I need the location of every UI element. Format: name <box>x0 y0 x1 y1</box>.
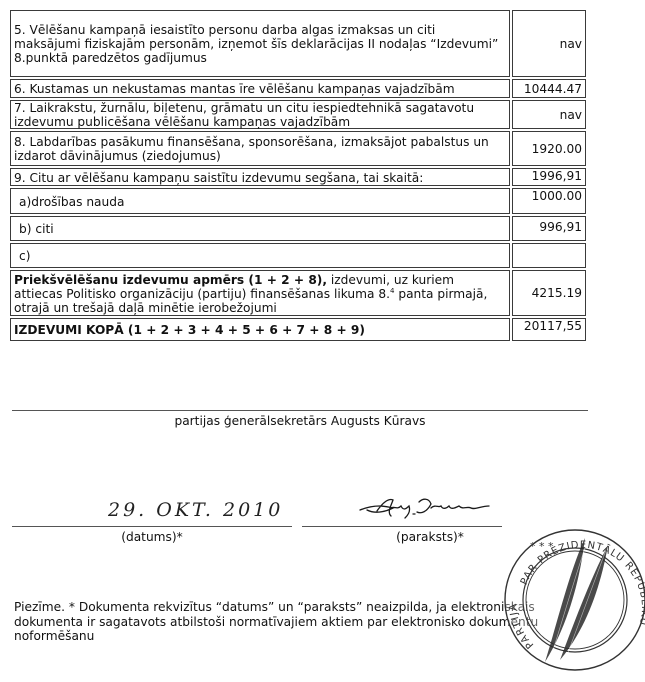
table-row-5-label: 5. Vēlēšanu kampaņā iesaistīto personu d… <box>10 10 510 77</box>
row-label: a)drošības nauda <box>19 195 124 209</box>
table-row-total-value: 20117,55 <box>512 318 586 341</box>
footnote: Piezīme. * Dokumenta rekvizītus “datums”… <box>14 600 574 644</box>
row-value: nav <box>560 37 582 51</box>
row-value: 4215.19 <box>532 286 582 300</box>
table-row-total-label: IZDEVUMI KOPĀ (1 + 2 + 3 + 4 + 5 + 6 + 7… <box>10 318 510 341</box>
signatory-line <box>12 410 588 411</box>
table-row-b-label: b) citi <box>10 216 510 241</box>
signature-handwritten <box>355 494 500 522</box>
table-row-c-label: c) <box>10 243 510 268</box>
stamp-seal-icon: PAR PREZIDENTĀLU REPUBLIKU PARTIJA * * * <box>500 510 645 680</box>
row-label: b) citi <box>19 222 54 236</box>
row-label: 6. Kustamas un nekustamas mantas īre vēl… <box>14 82 455 96</box>
table-row-8-label: 8. Labdarības pasākumu finansēšana, spon… <box>10 131 510 166</box>
table-row-c-value <box>512 243 586 268</box>
date-line <box>12 526 292 527</box>
table-row-pre-election-label: Priekšvēlēšanu izdevumu apmērs (1 + 2 + … <box>10 270 510 316</box>
table-row-7-value: nav <box>512 100 586 129</box>
table-row-a-value: 1000.00 <box>512 188 586 214</box>
signatory-title: partijas ģenerālsekretārs Augusts Kūravs <box>12 414 588 428</box>
signature-line <box>302 526 502 527</box>
row-value: nav <box>560 108 582 122</box>
signature-scribble-icon <box>355 494 500 522</box>
signature-caption: (paraksts)* <box>345 530 515 544</box>
table-row-9-value: 1996,91 <box>512 168 586 186</box>
party-stamp: PAR PREZIDENTĀLU REPUBLIKU PARTIJA * * * <box>500 510 645 680</box>
row-value: 1920.00 <box>532 142 582 156</box>
row-value: 10444.47 <box>524 82 582 96</box>
total-value: 20117,55 <box>524 319 582 333</box>
row-label: 9. Citu ar vēlēšanu kampaņu saistītu izd… <box>14 171 423 185</box>
total-label: IZDEVUMI KOPĀ (1 + 2 + 3 + 4 + 5 + 6 + 7… <box>14 323 365 337</box>
pre-election-label-bold: Priekšvēlēšanu izdevumu apmērs (1 + 2 + … <box>14 273 327 287</box>
row-value: 1000.00 <box>532 189 582 203</box>
table-row-7-label: 7. Laikrakstu, žurnālu, biļetenu, grāmat… <box>10 100 510 129</box>
row-label: 5. Vēlēšanu kampaņā iesaistīto personu d… <box>14 23 505 65</box>
table-row-5-value: nav <box>512 10 586 77</box>
table-row-a-label: a)drošības nauda <box>10 188 510 214</box>
row-label: c) <box>19 249 30 263</box>
table-row-6-value: 10444.47 <box>512 79 586 98</box>
table-row-pre-election-value: 4215.19 <box>512 270 586 316</box>
date-handwritten: 29. OKT. 2010 <box>108 499 283 521</box>
svg-text:* * *: * * * <box>530 540 554 553</box>
row-label: 7. Laikrakstu, žurnālu, biļetenu, grāmat… <box>14 101 505 129</box>
table-row-6-label: 6. Kustamas un nekustamas mantas īre vēl… <box>10 79 510 98</box>
row-value: 996,91 <box>539 220 582 234</box>
table-row-8-value: 1920.00 <box>512 131 586 166</box>
row-label: 8. Labdarības pasākumu finansēšana, spon… <box>14 135 505 163</box>
table-row-b-value: 996,91 <box>512 216 586 241</box>
date-caption: (datums)* <box>12 530 292 544</box>
table-row-9-label: 9. Citu ar vēlēšanu kampaņu saistītu izd… <box>10 168 510 186</box>
row-value: 1996,91 <box>532 169 582 183</box>
